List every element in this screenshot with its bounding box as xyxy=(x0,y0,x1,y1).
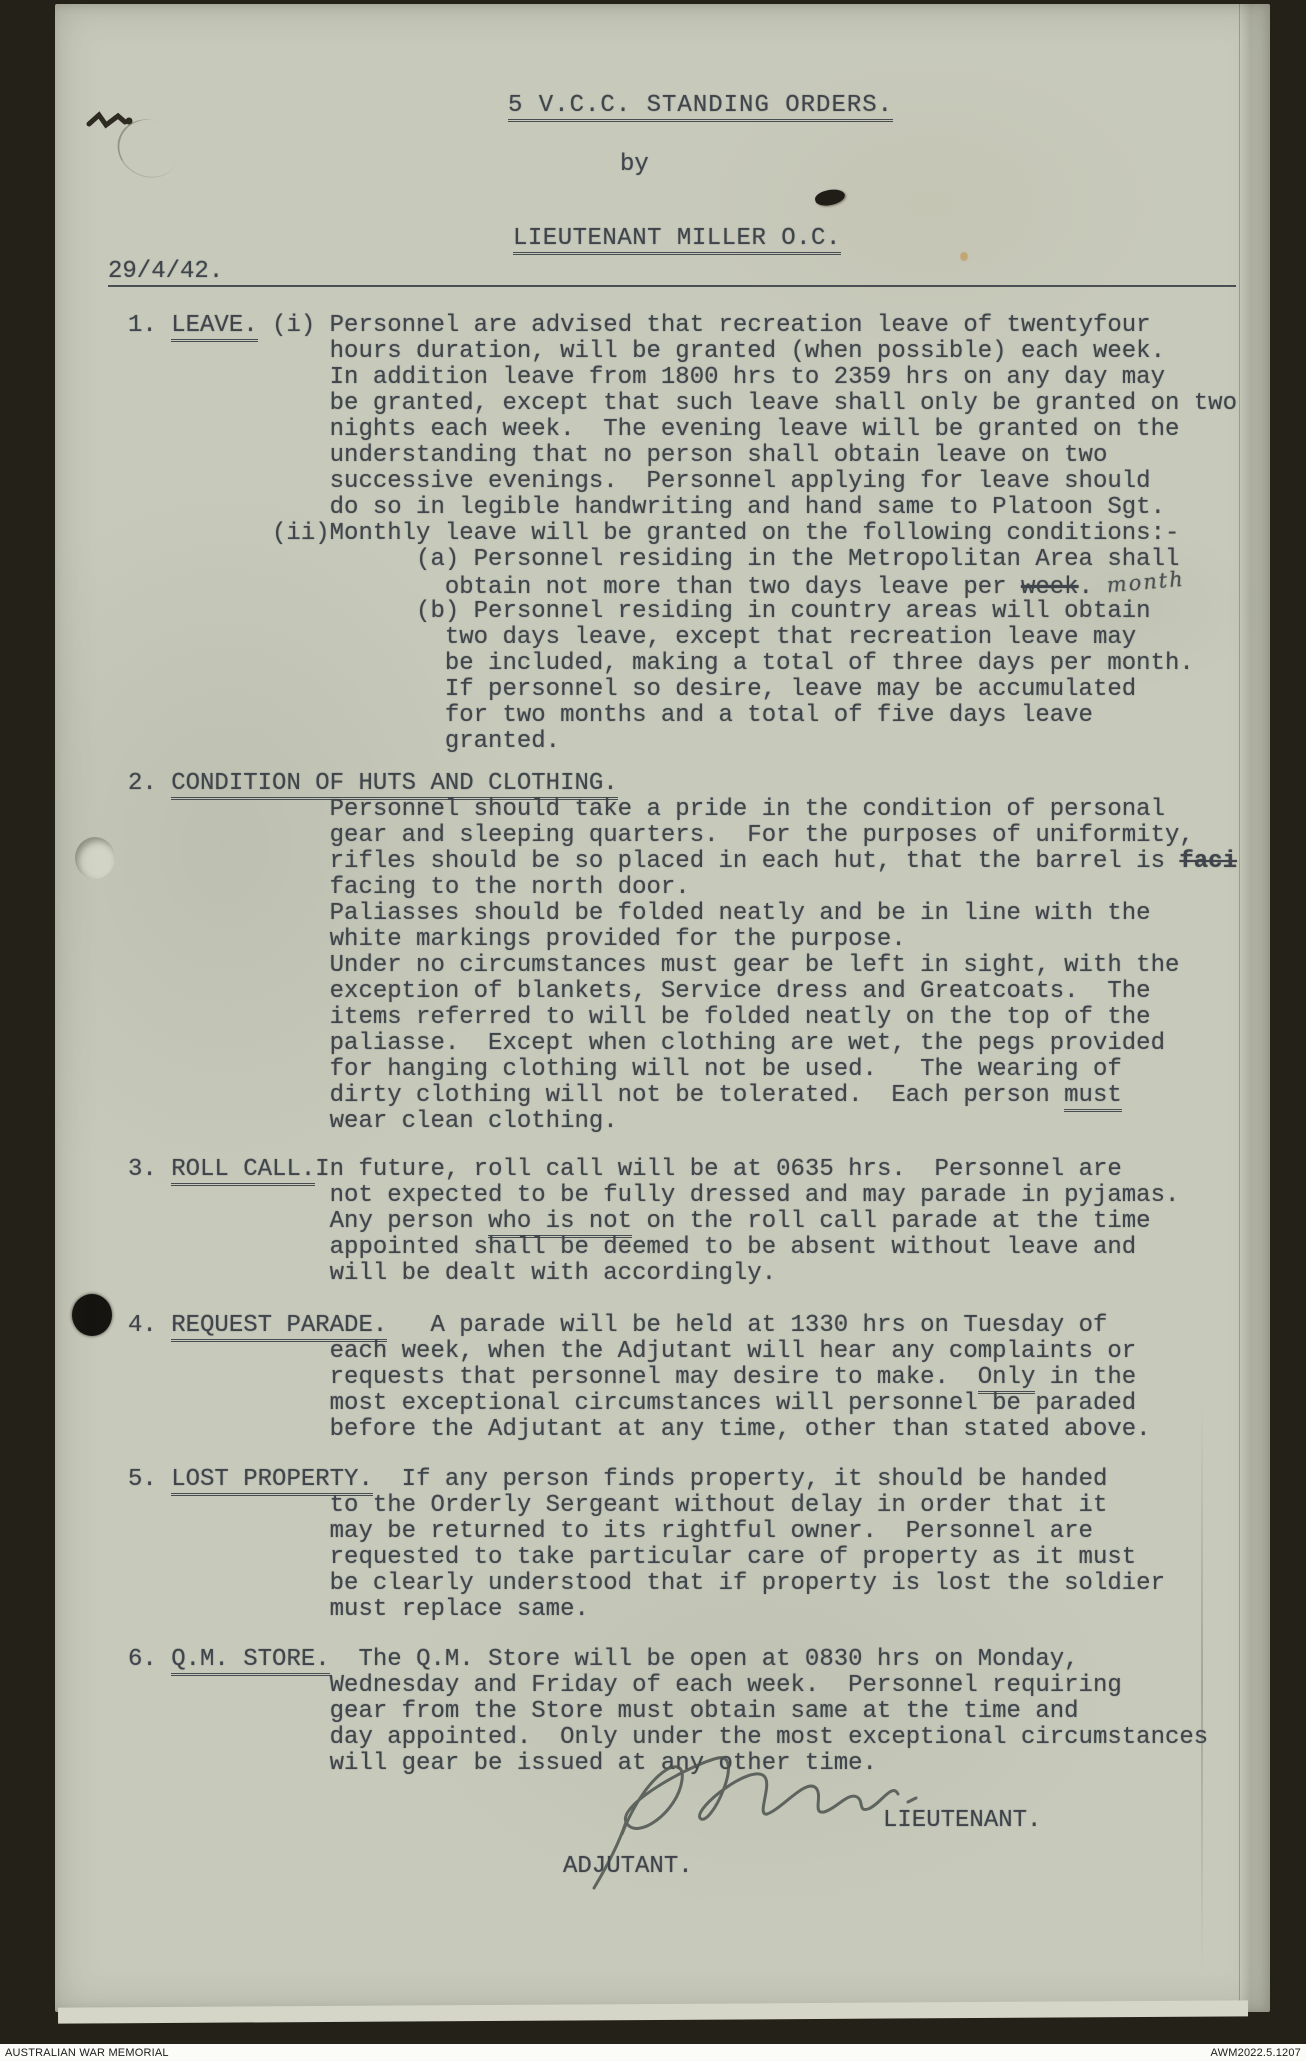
document-line: obtain not more than two days leave per … xyxy=(128,573,1246,599)
text-segment: In addition leave from 1800 hrs to 2359 … xyxy=(128,364,1165,391)
archive-accession-number: AWM2022.5.1207 xyxy=(1211,2047,1301,2059)
text-segment: most exceptional circumstances will pers… xyxy=(128,1390,1136,1417)
order-section-4: 4. REQUEST PARADE. A parade will be held… xyxy=(128,1313,1246,1443)
document-line: Wednesday and Friday of each week. Perso… xyxy=(128,1673,1246,1699)
document-line: do so in legible handwriting and hand sa… xyxy=(128,495,1246,521)
text-segment: for two months and a total of five days … xyxy=(128,702,1093,729)
text-segment: 6. xyxy=(128,1646,171,1673)
document-line: each week, when the Adjutant will hear a… xyxy=(128,1339,1246,1365)
document-line: nights each week. The evening leave will… xyxy=(128,417,1246,443)
document-line: be clearly understood that if property i… xyxy=(128,1571,1246,1597)
document-line: white markings provided for the purpose. xyxy=(128,927,1246,953)
document-line: Under no circumstances must gear be left… xyxy=(128,953,1246,979)
document-line: understanding that no person shall obtai… xyxy=(128,443,1246,469)
document-line: successive evenings. Personnel applying … xyxy=(128,469,1246,495)
document-line: rifles should be so placed in each hut, … xyxy=(128,849,1246,875)
text-segment: do so in legible handwriting and hand sa… xyxy=(128,494,1165,521)
text-segment: (i) Personnel are advised that recreatio… xyxy=(258,312,1151,339)
document-line: must replace same. xyxy=(128,1597,1246,1623)
text-segment: 4. xyxy=(128,1312,171,1339)
text-segment: gear and sleeping quarters. For the purp… xyxy=(128,822,1194,849)
document-line: facing to the north door. xyxy=(128,875,1246,901)
text-segment: exception of blankets, Service dress and… xyxy=(128,978,1151,1005)
document-line: be granted, except that such leave shall… xyxy=(128,391,1246,417)
document-date: 29/4/42. xyxy=(108,258,223,285)
text-segment: (b) Personnel residing in country areas … xyxy=(128,598,1151,625)
text-segment: If any person finds property, it should … xyxy=(373,1466,1108,1493)
text-segment: successive evenings. Personnel applying … xyxy=(128,468,1151,495)
text-segment: each week, when the Adjutant will hear a… xyxy=(128,1338,1136,1365)
document-line: dirty clothing will not be tolerated. Ea… xyxy=(128,1083,1246,1109)
text-segment: Wednesday and Friday of each week. Perso… xyxy=(128,1672,1122,1699)
text-segment: must replace same. xyxy=(128,1596,589,1623)
order-section-5: 5. LOST PROPERTY. If any person finds pr… xyxy=(128,1467,1246,1623)
document-line: to the Orderly Sergeant without delay in… xyxy=(128,1493,1246,1519)
document-line: requested to take particular care of pro… xyxy=(128,1545,1246,1571)
document-line: (a) Personnel residing in the Metropolit… xyxy=(128,547,1246,573)
text-segment: (a) Personnel residing in the Metropolit… xyxy=(128,546,1179,573)
scanned-document-viewer: { "palette":{"paper":"#c7c9bb","ink":"#3… xyxy=(0,0,1306,2061)
document-line: exception of blankets, Service dress and… xyxy=(128,979,1246,1005)
document-line: hours duration, will be granted (when po… xyxy=(128,339,1246,365)
text-segment: 5. xyxy=(128,1466,171,1493)
text-segment: paliasse. Except when clothing are wet, … xyxy=(128,1030,1165,1057)
document-line: If personnel so desire, leave may be acc… xyxy=(128,677,1246,703)
section-heading-line: 4. REQUEST PARADE. A parade will be held… xyxy=(128,1313,1246,1339)
text-segment: requests that personnel may desire to ma… xyxy=(128,1364,978,1391)
text-segment: be clearly understood that if property i… xyxy=(128,1570,1165,1597)
text-segment: gear from the Store must obtain same at … xyxy=(128,1698,1079,1725)
text-segment: Paliasses should be folded neatly and be… xyxy=(128,900,1151,927)
document-line: two days leave, except that recreation l… xyxy=(128,625,1246,651)
text-segment: . xyxy=(1079,574,1108,601)
section-heading-line: 5. LOST PROPERTY. If any person finds pr… xyxy=(128,1467,1246,1493)
typed-document: 5 V.C.C. STANDING ORDERS. by LIEUTENANT … xyxy=(106,93,1246,1777)
underlined-text: must xyxy=(1064,1082,1122,1112)
struck-out-text: week xyxy=(1021,574,1079,601)
date-rule: 29/4/42. xyxy=(108,259,1236,287)
text-segment: in the xyxy=(1035,1364,1136,1391)
text-segment: will be dealt with accordingly. xyxy=(128,1260,776,1287)
document-author: LIEUTENANT MILLER O.C. xyxy=(513,226,841,255)
signature-title: ADJUTANT. xyxy=(563,1854,693,1880)
archive-caption-bar: AUSTRALIAN WAR MEMORIAL AWM2022.5.1207 xyxy=(0,2044,1306,2061)
document-line: not expected to be fully dressed and may… xyxy=(128,1183,1246,1209)
text-segment: may be returned to its rightful owner. P… xyxy=(128,1518,1093,1545)
document-line: for hanging clothing will not be used. T… xyxy=(128,1057,1246,1083)
document-sections: 1. LEAVE. (i) Personnel are advised that… xyxy=(106,313,1246,1777)
document-line: before the Adjutant at any time, other t… xyxy=(128,1417,1246,1443)
text-segment: obtain not more than two days leave per xyxy=(128,574,1021,601)
section-heading-line: 2. CONDITION OF HUTS AND CLOTHING. xyxy=(128,771,1246,797)
document-line: items referred to will be folded neatly … xyxy=(128,1005,1246,1031)
document-line: gear and sleeping quarters. For the purp… xyxy=(128,823,1246,849)
document-line: paliasse. Except when clothing are wet, … xyxy=(128,1031,1246,1057)
text-segment: nights each week. The evening leave will… xyxy=(128,416,1179,443)
text-segment: 3. xyxy=(128,1156,171,1183)
text-segment: 2. xyxy=(128,770,171,797)
text-segment: to the Orderly Sergeant without delay in… xyxy=(128,1492,1107,1519)
document-page: 5 V.C.C. STANDING ORDERS. by LIEUTENANT … xyxy=(55,4,1270,2012)
text-segment: white markings provided for the purpose. xyxy=(128,926,906,953)
document-line: Personnel should take a pride in the con… xyxy=(128,797,1246,823)
text-segment: Any person xyxy=(128,1208,488,1235)
text-segment: facing to the north door. xyxy=(128,874,690,901)
document-byline: by xyxy=(620,152,649,178)
document-title: 5 V.C.C. STANDING ORDERS. xyxy=(508,93,893,122)
document-line: In addition leave from 1800 hrs to 2359 … xyxy=(128,365,1246,391)
struck-out-text: faci xyxy=(1179,848,1237,875)
order-section-3: 3. ROLL CALL.In future, roll call will b… xyxy=(128,1157,1246,1287)
text-segment: be granted, except that such leave shall… xyxy=(128,390,1237,417)
text-segment: The Q.M. Store will be open at 0830 hrs … xyxy=(330,1646,1079,1673)
text-segment: hours duration, will be granted (when po… xyxy=(128,338,1165,365)
text-segment: be included, making a total of three day… xyxy=(128,650,1194,677)
document-line: granted. xyxy=(128,729,1246,755)
text-segment: In future, roll call will be at 0635 hrs… xyxy=(315,1156,1122,1183)
text-segment: two days leave, except that recreation l… xyxy=(128,624,1136,651)
document-line: (b) Personnel residing in country areas … xyxy=(128,599,1246,625)
text-segment: rifles should be so placed in each hut, … xyxy=(128,848,1179,875)
document-line: most exceptional circumstances will pers… xyxy=(128,1391,1246,1417)
text-segment: Personnel should take a pride in the con… xyxy=(128,796,1165,823)
text-segment: items referred to will be folded neatly … xyxy=(128,1004,1151,1031)
text-segment: on the roll call parade at the time xyxy=(632,1208,1150,1235)
document-line: will be dealt with accordingly. xyxy=(128,1261,1246,1287)
document-line: may be returned to its rightful owner. P… xyxy=(128,1519,1246,1545)
text-segment: for hanging clothing will not be used. T… xyxy=(128,1056,1122,1083)
text-segment: If personnel so desire, leave may be acc… xyxy=(128,676,1136,703)
text-segment: understanding that no person shall obtai… xyxy=(128,442,1107,469)
section-heading-line: 6. Q.M. STORE. The Q.M. Store will be op… xyxy=(128,1647,1246,1673)
order-section-1: 1. LEAVE. (i) Personnel are advised that… xyxy=(128,313,1246,755)
document-line: requests that personnel may desire to ma… xyxy=(128,1365,1246,1391)
order-section-2: 2. CONDITION OF HUTS AND CLOTHING. Perso… xyxy=(128,771,1246,1135)
signature-rank: LIEUTENANT. xyxy=(883,1808,1041,1834)
text-segment: before the Adjutant at any time, other t… xyxy=(128,1416,1151,1443)
text-segment: 1. xyxy=(128,312,171,339)
text-segment: dirty clothing will not be tolerated. Ea… xyxy=(128,1082,1064,1109)
text-segment: requested to take particular care of pro… xyxy=(128,1544,1136,1571)
text-segment: wear clean clothing. xyxy=(128,1108,618,1135)
document-line: be included, making a total of three day… xyxy=(128,651,1246,677)
document-line: (ii)Monthly leave will be granted on the… xyxy=(128,521,1246,547)
document-line: wear clean clothing. xyxy=(128,1109,1246,1135)
archive-name: AUSTRALIAN WAR MEMORIAL xyxy=(5,2047,169,2059)
text-segment: granted. xyxy=(128,728,560,755)
text-segment: A parade will be held at 1330 hrs on Tue… xyxy=(387,1312,1107,1339)
text-segment: Under no circumstances must gear be left… xyxy=(128,952,1179,979)
handwritten-correction: month xyxy=(1106,566,1186,599)
document-line: Any person who is not on the roll call p… xyxy=(128,1209,1246,1235)
text-segment: appointed shall be deemed to be absent w… xyxy=(128,1234,1136,1261)
document-line: for two months and a total of five days … xyxy=(128,703,1246,729)
document-line: gear from the Store must obtain same at … xyxy=(128,1699,1246,1725)
document-line: appointed shall be deemed to be absent w… xyxy=(128,1235,1246,1261)
section-heading-line: 3. ROLL CALL.In future, roll call will b… xyxy=(128,1157,1246,1183)
document-line: Paliasses should be folded neatly and be… xyxy=(128,901,1246,927)
text-segment: (ii)Monthly leave will be granted on the… xyxy=(128,520,1179,547)
section-heading-line: 1. LEAVE. (i) Personnel are advised that… xyxy=(128,313,1246,339)
text-segment: not expected to be fully dressed and may… xyxy=(128,1182,1179,1209)
